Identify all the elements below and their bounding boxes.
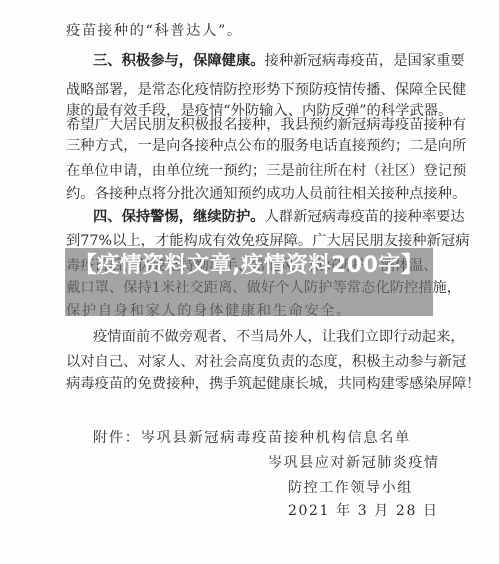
doc-line-text: 接种新冠病毒疫苗，是国家重要 bbox=[265, 53, 465, 69]
title-overlay-banner: 【疫情资料文章,疫情资料200字】 bbox=[65, 248, 433, 316]
doc-line: 疫苗接种的“科普达人”。 bbox=[66, 21, 436, 41]
overlay-title: 【疫情资料文章,疫情资料200字】 bbox=[65, 250, 433, 282]
doc-line: 约。各接种点将分批次通知预约成功人员前往相关接种点接种。 bbox=[66, 184, 436, 204]
doc-line: 战略部署，是常态化疫情防控形势下预防疫情传播、保障全民健 bbox=[66, 80, 436, 100]
doc-line: 在单位申请，由单位统一预约；三是前往所在村（社区）登记预 bbox=[66, 161, 436, 181]
doc-line-text: 人群新冠病毒疫苗的接种率要达 bbox=[265, 209, 465, 225]
signature-org-line1: 岑巩县应对新冠肺炎疫情 bbox=[268, 453, 440, 473]
signature-date: 2021 年 3 月 28 日 bbox=[288, 501, 439, 521]
doc-line: 希望广大居民朋友积极报名接种，我县预约新冠病毒疫苗接种有 bbox=[66, 115, 436, 135]
doc-line: 病毒疫苗的免费接种，携手筑起健康长城，共同构建零感染屏障！ bbox=[66, 374, 436, 394]
attachment-line: 附件：岑巩县新冠病毒疫苗接种机构信息名单 bbox=[93, 428, 436, 448]
doc-line: 三种方式，一是向各接种点公布的服务电话直接预约；二是向所 bbox=[66, 136, 436, 156]
doc-line: 四、保持警惕，继续防护。人群新冠病毒疫苗的接种率要达 bbox=[93, 207, 436, 227]
doc-line: 三、积极参与，保障健康。接种新冠病毒疫苗，是国家重要 bbox=[93, 51, 436, 71]
doc-line: 以对自己、对家人、对社会高度负责的态度，积极主动参与新冠 bbox=[66, 352, 436, 372]
section-heading: 三、积极参与，保障健康。 bbox=[93, 53, 265, 69]
doc-line: 疫情面前不做旁观者、不当局外人，让我们立即行动起来， bbox=[93, 327, 436, 347]
signature-org-line2: 防控工作领导小组 bbox=[288, 478, 413, 498]
section-heading: 四、保持警惕，继续防护。 bbox=[93, 209, 265, 225]
